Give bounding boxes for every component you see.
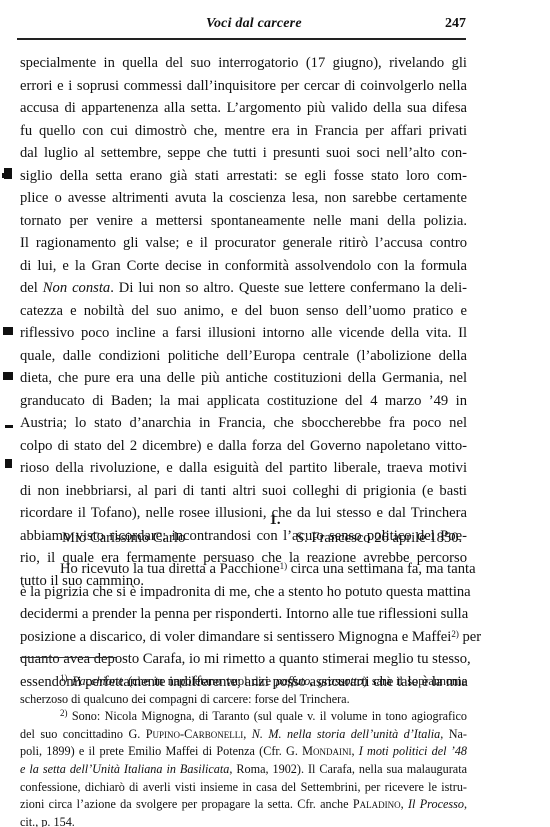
text-fragment: circa una settimana fa, ma tanta (287, 561, 475, 577)
text-line: quanto avea deposto Carafa, io mi rimett… (20, 648, 467, 671)
text-fragment: poli, 1899) e il prete Emilio Maffei di … (20, 744, 302, 758)
text-line: di non inebbriarsi, al pari di tanti alt… (20, 480, 467, 503)
book-title: e la setta dell’Unità Italiana in Basili… (20, 762, 229, 776)
text-fragment: (che in napoletano vuol dire (124, 674, 276, 688)
text-line: quale, dalle condizioni politiche dell’E… (20, 345, 467, 368)
text-fragment: Ho ricevuto la tua diretta a Pacchione (60, 561, 280, 577)
text-fragment: zioni circa l’azione da svolgere per pro… (20, 797, 353, 811)
text-line: rioso della rivoluzione, e dalla esiguit… (20, 457, 467, 480)
footnotes: 1) Pacchione (che in napoletano vuol dir… (20, 673, 467, 827)
margin-mark (3, 372, 13, 380)
text-line: del Non consta. Di lui non so altro. Que… (20, 277, 467, 300)
footnote-2: 2) Sono: Nicola Mignogna, di Taranto (su… (20, 708, 467, 726)
book-page: Voci dal carcere 247 specialmente in que… (0, 0, 550, 827)
text-fragment: , (351, 744, 358, 758)
text-fragment: , (401, 797, 408, 811)
footnote-marker: 2) (60, 708, 68, 718)
letter-salutation: Mio Carissimo Carlo (62, 530, 185, 547)
main-text: specialmente in quella del suo interroga… (20, 52, 467, 592)
text-fragment: Sono: Nicola Mignogna, di Taranto (sul q… (68, 709, 468, 723)
text-line: Il ragionamento gli valse; e il procurat… (20, 232, 467, 255)
italic-term: Pacchione (72, 674, 123, 688)
author-name: Paladino (353, 797, 401, 811)
italic-term: paffuto (276, 674, 311, 688)
footnote-ref[interactable]: 2) (451, 629, 459, 639)
text-fragment: , (310, 674, 318, 688)
page-number: 247 (445, 16, 466, 32)
header-rule (17, 38, 466, 40)
margin-mark (3, 327, 13, 335)
running-head: Voci dal carcere 247 (20, 16, 466, 36)
text-line: catezza e nobiltà del suo animo, e del b… (20, 300, 467, 323)
text-fragment: per (459, 629, 481, 645)
letter-number: 1. (0, 512, 550, 529)
footnote-line: poli, 1899) e il prete Emilio Maffei di … (20, 743, 467, 761)
text-line: dieta, che pure era una delle più antich… (20, 367, 467, 390)
margin-mark (2, 173, 6, 178)
author-name: Mondaini (302, 744, 351, 758)
text-line: siglio della setta erano già stati arres… (20, 165, 467, 188)
footnote-1: 1) Pacchione (che in napoletano vuol dir… (20, 673, 467, 691)
text-line: è la pigrizia che si è impadronita di me… (20, 581, 467, 604)
margin-mark (5, 459, 12, 468)
margin-mark (5, 425, 13, 428)
book-title: I moti politici del ’48 (359, 744, 467, 758)
text-line: plice o avesse altrimenti avuta la cosci… (20, 187, 467, 210)
italic-term: grassotto (318, 674, 363, 688)
footnote-line: cit., p. 154. (20, 814, 467, 827)
letter-dateline: S. Francesco 26 aprile 1850. (296, 530, 462, 547)
text-line: granducato di Baden; la mai applicata co… (20, 390, 467, 413)
footnote-line: zioni circa l’azione da svolgere per pro… (20, 796, 467, 814)
text-line: errori e i soprusi commessi dall’inquisi… (20, 75, 467, 98)
text-line: colpo di stato del 2 dicembre) e dalla f… (20, 435, 467, 458)
book-title: N. M. nella storia dell’unità d’Italia (252, 727, 440, 741)
text-fragment: posizione a discarico, di voler dimandar… (20, 629, 451, 645)
book-title: Il Processo (408, 797, 464, 811)
text-line: accusa di appartenenza alla setta. L’arg… (20, 97, 467, 120)
text-fragment: , Roma, 1902). Il Carafa, nella sua mala… (229, 762, 467, 776)
text-line: specialmente in quella del suo interroga… (20, 52, 467, 75)
text-line: posizione a discarico, di voler dimandar… (20, 626, 467, 649)
text-fragment: , (464, 797, 467, 811)
text-line: Austria; lo stato d’anarchia in Francia,… (20, 412, 467, 435)
text-line: dal luglio al settembre, seppe che tutti… (20, 142, 467, 165)
footnote-line: confessione, dichiarò di averli visti in… (20, 779, 467, 797)
text-fragment: del (20, 280, 43, 296)
footnote-rule (20, 657, 116, 658)
footnote-line: del suo concittadino G. Pupino-Carbonell… (20, 726, 467, 744)
footnote-line: scherzoso di qualcuno dei compagni di ca… (20, 691, 467, 709)
text-fragment: , Na- (440, 727, 467, 741)
footnote-line: e la setta dell’Unità Italiana in Basili… (20, 761, 467, 779)
italic-term: Non consta (43, 280, 110, 296)
text-fragment: , (243, 727, 252, 741)
footnote-marker: 1) (60, 673, 68, 683)
text-line: tornato per venire a mettersi spontaneam… (20, 210, 467, 233)
text-line: decidermi a prender la penna per rispond… (20, 603, 467, 626)
text-fragment: . Di lui non so altro. Queste sue letter… (110, 280, 467, 296)
text-line: riflessivo poco incline a farsi illusion… (20, 322, 467, 345)
text-fragment: ) sarà il soprannome (363, 674, 467, 688)
author-name: Pupino-Carbonelli (146, 727, 243, 741)
text-line: di lui, e la Gran Corte decise in confor… (20, 255, 467, 278)
running-title: Voci dal carcere (206, 16, 302, 32)
text-line: Ho ricevuto la tua diretta a Pacchione1)… (20, 558, 467, 581)
text-line: fu quello con cui dimostrò che, mentre e… (20, 120, 467, 143)
text-fragment: del suo concittadino G. (20, 727, 146, 741)
